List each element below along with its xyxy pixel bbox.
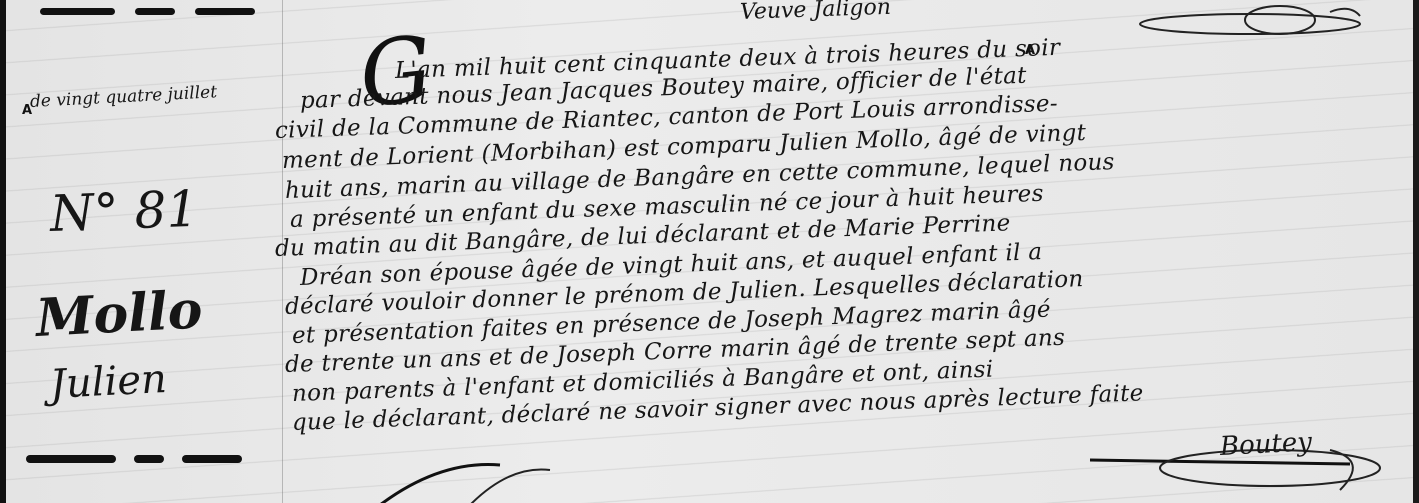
page-right-edge — [1413, 0, 1419, 503]
decorative-flourish-icon — [1130, 2, 1390, 47]
page-left-edge — [0, 0, 6, 503]
header-title: Veuve Jaligon — [740, 0, 892, 25]
margin-given-name: Julien — [49, 356, 168, 408]
header-underline-strokes — [40, 0, 275, 19]
margin-underline-strokes — [26, 448, 260, 467]
register-page: Veuve Jaligon A de vingt quatre juillet … — [0, 0, 1419, 503]
mayor-signature: Boutey — [1219, 427, 1312, 462]
margin-surname: Mollo — [34, 279, 203, 349]
margin-insertion-note: de vingt quatre juillet — [29, 82, 217, 112]
next-entry-initial-flourish-icon — [370, 460, 570, 503]
record-number: N° 81 — [49, 180, 199, 243]
